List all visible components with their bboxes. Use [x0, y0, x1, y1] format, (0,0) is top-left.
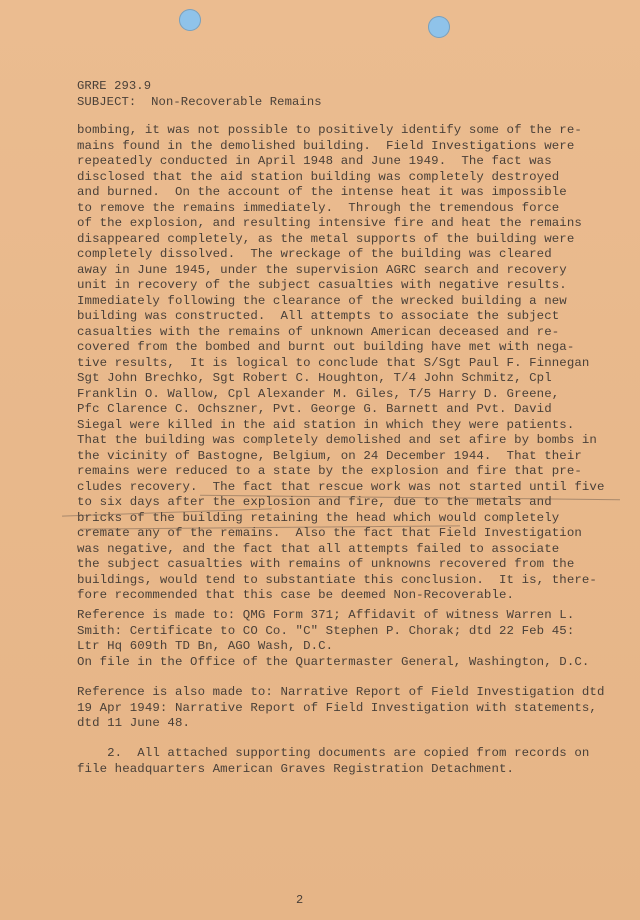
body-line: away in June 1945, under the supervision…	[77, 263, 567, 279]
body-line: mains found in the demolished building. …	[77, 139, 574, 155]
body-line: Franklin O. Wallow, Cpl Alexander M. Gil…	[77, 387, 559, 403]
body-line: the subject casualties with remains of u…	[77, 557, 574, 573]
body-line: the vicinity of Bastogne, Belgium, on 24…	[77, 449, 582, 465]
file-reference: GRRE 293.9	[77, 79, 151, 95]
reference-line: Smith: Certificate to CO Co. "C" Stephen…	[77, 624, 574, 640]
body-line: to remove the remains immediately. Throu…	[77, 201, 559, 217]
body-line: fore recommended that this case be deeme…	[77, 588, 514, 604]
reference-line: 19 Apr 1949: Narrative Report of Field I…	[77, 701, 597, 717]
body-line: Immediately following the clearance of t…	[77, 294, 567, 310]
reference-line: Reference is also made to: Narrative Rep…	[77, 685, 605, 701]
body-line: remains were reduced to a state by the e…	[77, 464, 582, 480]
body-line: Siegal were killed in the aid station in…	[77, 418, 574, 434]
reference-line: dtd 11 June 48.	[77, 716, 190, 732]
body-line: covered from the bombed and burnt out bu…	[77, 340, 574, 356]
reference-line: Reference is made to: QMG Form 371; Affi…	[77, 608, 574, 624]
body-line: repeatedly conducted in April 1948 and J…	[77, 154, 552, 170]
body-line: Sgt John Brechko, Sgt Robert C. Houghton…	[77, 371, 552, 387]
body-line: unit in recovery of the subject casualti…	[77, 278, 567, 294]
body-line: of the explosion, and resulting intensiv…	[77, 216, 582, 232]
body-line: That the building was completely demolis…	[77, 433, 597, 449]
body-line: bombing, it was not possible to positive…	[77, 123, 582, 139]
body-line: Pfc Clarence C. Ochszner, Pvt. George G.…	[77, 402, 552, 418]
body-line: disclosed that the aid station building …	[77, 170, 559, 186]
subject-line: SUBJECT: Non-Recoverable Remains	[77, 95, 322, 111]
paragraph-line: file headquarters American Graves Regist…	[77, 762, 514, 778]
punch-hole-right	[428, 16, 450, 38]
punch-hole-left	[179, 9, 201, 31]
page-number: 2	[296, 893, 303, 907]
body-line: cludes recovery. The fact that rescue wo…	[77, 480, 605, 496]
reference-line: On file in the Office of the Quartermast…	[77, 655, 589, 671]
body-line: casualties with the remains of unknown A…	[77, 325, 559, 341]
reference-line: Ltr Hq 609th TD Bn, AGO Wash, D.C.	[77, 639, 333, 655]
body-line: and burned. On the account of the intens…	[77, 185, 567, 201]
body-line: buildings, would tend to substantiate th…	[77, 573, 597, 589]
body-line: was negative, and the fact that all atte…	[77, 542, 559, 558]
body-line: completely dissolved. The wreckage of th…	[77, 247, 552, 263]
body-line: tive results, It is logical to conclude …	[77, 356, 589, 372]
body-line: disappeared completely, as the metal sup…	[77, 232, 574, 248]
document-page: GRRE 293.9 SUBJECT: Non-Recoverable Rema…	[0, 0, 640, 920]
paragraph-line: 2. All attached supporting documents are…	[77, 746, 589, 762]
body-line: building was constructed. All attempts t…	[77, 309, 559, 325]
